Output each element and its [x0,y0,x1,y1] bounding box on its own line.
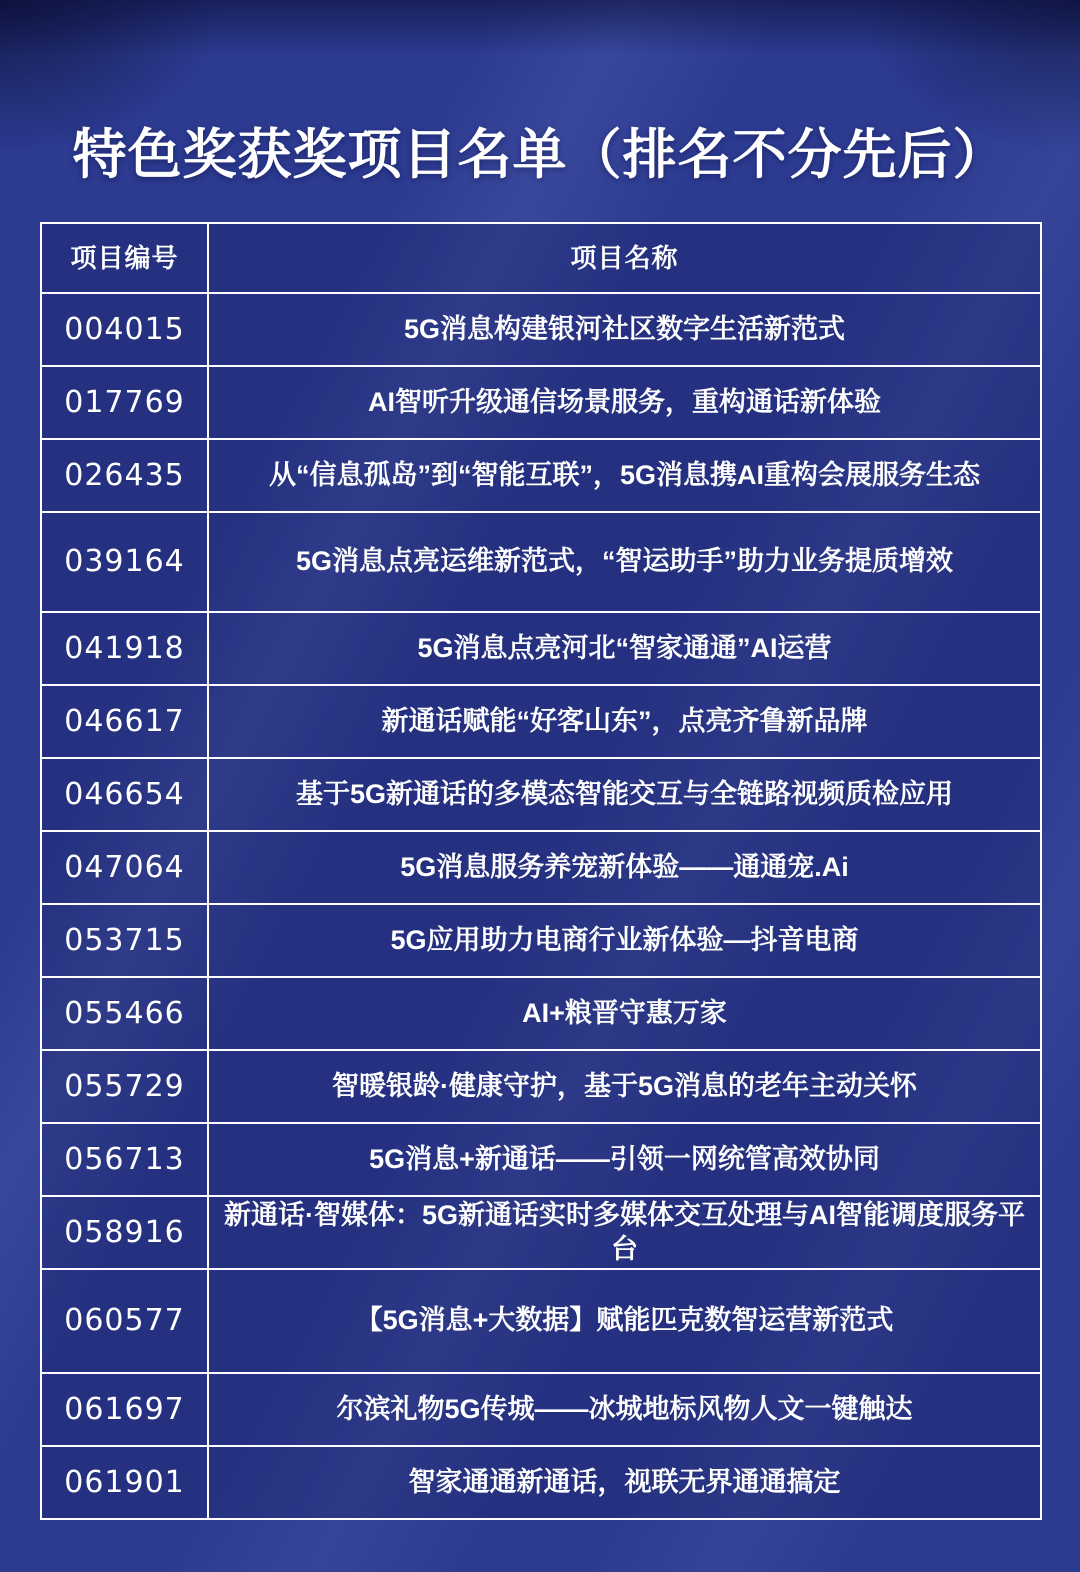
poster-background: { "page": { "title": "特色奖获奖项目名单（排名不分先后）"… [0,0,1080,1572]
project-name-cell: 新通话赋能“好客山东”，点亮齐鲁新品牌 [209,686,1040,757]
table-row: 055466 AI+粮晋守惠万家 [42,976,1040,1049]
project-code-cell: 041918 [42,613,209,684]
header-project-code: 项目编号 [42,224,209,292]
project-name-cell: 从“信息孤岛”到“智能互联”，5G消息携AI重构会展服务生态 [209,440,1040,511]
project-code-cell: 056713 [42,1124,209,1195]
project-code-cell: 055466 [42,978,209,1049]
table-row: 053715 5G应用助力电商行业新体验—抖音电商 [42,903,1040,976]
project-name-cell: 【5G消息+大数据】赋能匹克数智运营新范式 [209,1270,1040,1372]
project-code-cell: 026435 [42,440,209,511]
page-title: 特色奖获奖项目名单（排名不分先后） [0,112,1080,189]
project-name-cell: AI智听升级通信场景服务，重构通话新体验 [209,367,1040,438]
project-code-cell: 058916 [42,1197,209,1268]
awards-table: 项目编号 项目名称 004015 5G消息构建银河社区数字生活新范式 01776… [40,222,1042,1520]
table-row: 055729 智暖银龄·健康守护，基于5G消息的老年主动关怀 [42,1049,1040,1122]
project-name-cell: 5G消息点亮运维新范式，“智运助手”助力业务提质增效 [209,513,1040,611]
project-name-cell: 5G应用助力电商行业新体验—抖音电商 [209,905,1040,976]
project-name-cell: 5G消息+新通话——引领一网统管高效协同 [209,1124,1040,1195]
project-code-cell: 046617 [42,686,209,757]
table-row: 004015 5G消息构建银河社区数字生活新范式 [42,292,1040,365]
table-row: 017769 AI智听升级通信场景服务，重构通话新体验 [42,365,1040,438]
table-row: 060577 【5G消息+大数据】赋能匹克数智运营新范式 [42,1268,1040,1372]
table-row: 056713 5G消息+新通话——引领一网统管高效协同 [42,1122,1040,1195]
project-code-cell: 060577 [42,1270,209,1372]
project-name-cell: 尔滨礼物5G传城——冰城地标风物人文一键触达 [209,1374,1040,1445]
project-code-cell: 047064 [42,832,209,903]
table-row: 046617 新通话赋能“好客山东”，点亮齐鲁新品牌 [42,684,1040,757]
project-code-cell: 061901 [42,1447,209,1518]
project-code-cell: 004015 [42,294,209,365]
table-row: 046654 基于5G新通话的多模态智能交互与全链路视频质检应用 [42,757,1040,830]
table-row: 058916 新通话·智媒体：5G新通话实时多媒体交互处理与AI智能调度服务平台 [42,1195,1040,1268]
project-code-cell: 039164 [42,513,209,611]
project-code-cell: 017769 [42,367,209,438]
table-row: 047064 5G消息服务养宠新体验——通通宠.Ai [42,830,1040,903]
project-name-cell: 智家通通新通话，视联无界通通搞定 [209,1447,1040,1518]
table-row: 039164 5G消息点亮运维新范式，“智运助手”助力业务提质增效 [42,511,1040,611]
project-name-cell: 基于5G新通话的多模态智能交互与全链路视频质检应用 [209,759,1040,830]
project-name-cell: AI+粮晋守惠万家 [209,978,1040,1049]
table-row: 061901 智家通通新通话，视联无界通通搞定 [42,1445,1040,1518]
table-header-row: 项目编号 项目名称 [42,224,1040,292]
project-name-cell: 5G消息服务养宠新体验——通通宠.Ai [209,832,1040,903]
project-name-cell: 5G消息构建银河社区数字生活新范式 [209,294,1040,365]
table-row: 061697 尔滨礼物5G传城——冰城地标风物人文一键触达 [42,1372,1040,1445]
project-code-cell: 055729 [42,1051,209,1122]
project-name-cell: 智暖银龄·健康守护，基于5G消息的老年主动关怀 [209,1051,1040,1122]
project-code-cell: 046654 [42,759,209,830]
table-row: 026435 从“信息孤岛”到“智能互联”，5G消息携AI重构会展服务生态 [42,438,1040,511]
project-name-cell: 5G消息点亮河北“智家通通”AI运营 [209,613,1040,684]
project-code-cell: 061697 [42,1374,209,1445]
table-row: 041918 5G消息点亮河北“智家通通”AI运营 [42,611,1040,684]
header-project-name: 项目名称 [209,224,1040,292]
project-code-cell: 053715 [42,905,209,976]
project-name-cell: 新通话·智媒体：5G新通话实时多媒体交互处理与AI智能调度服务平台 [209,1197,1040,1268]
